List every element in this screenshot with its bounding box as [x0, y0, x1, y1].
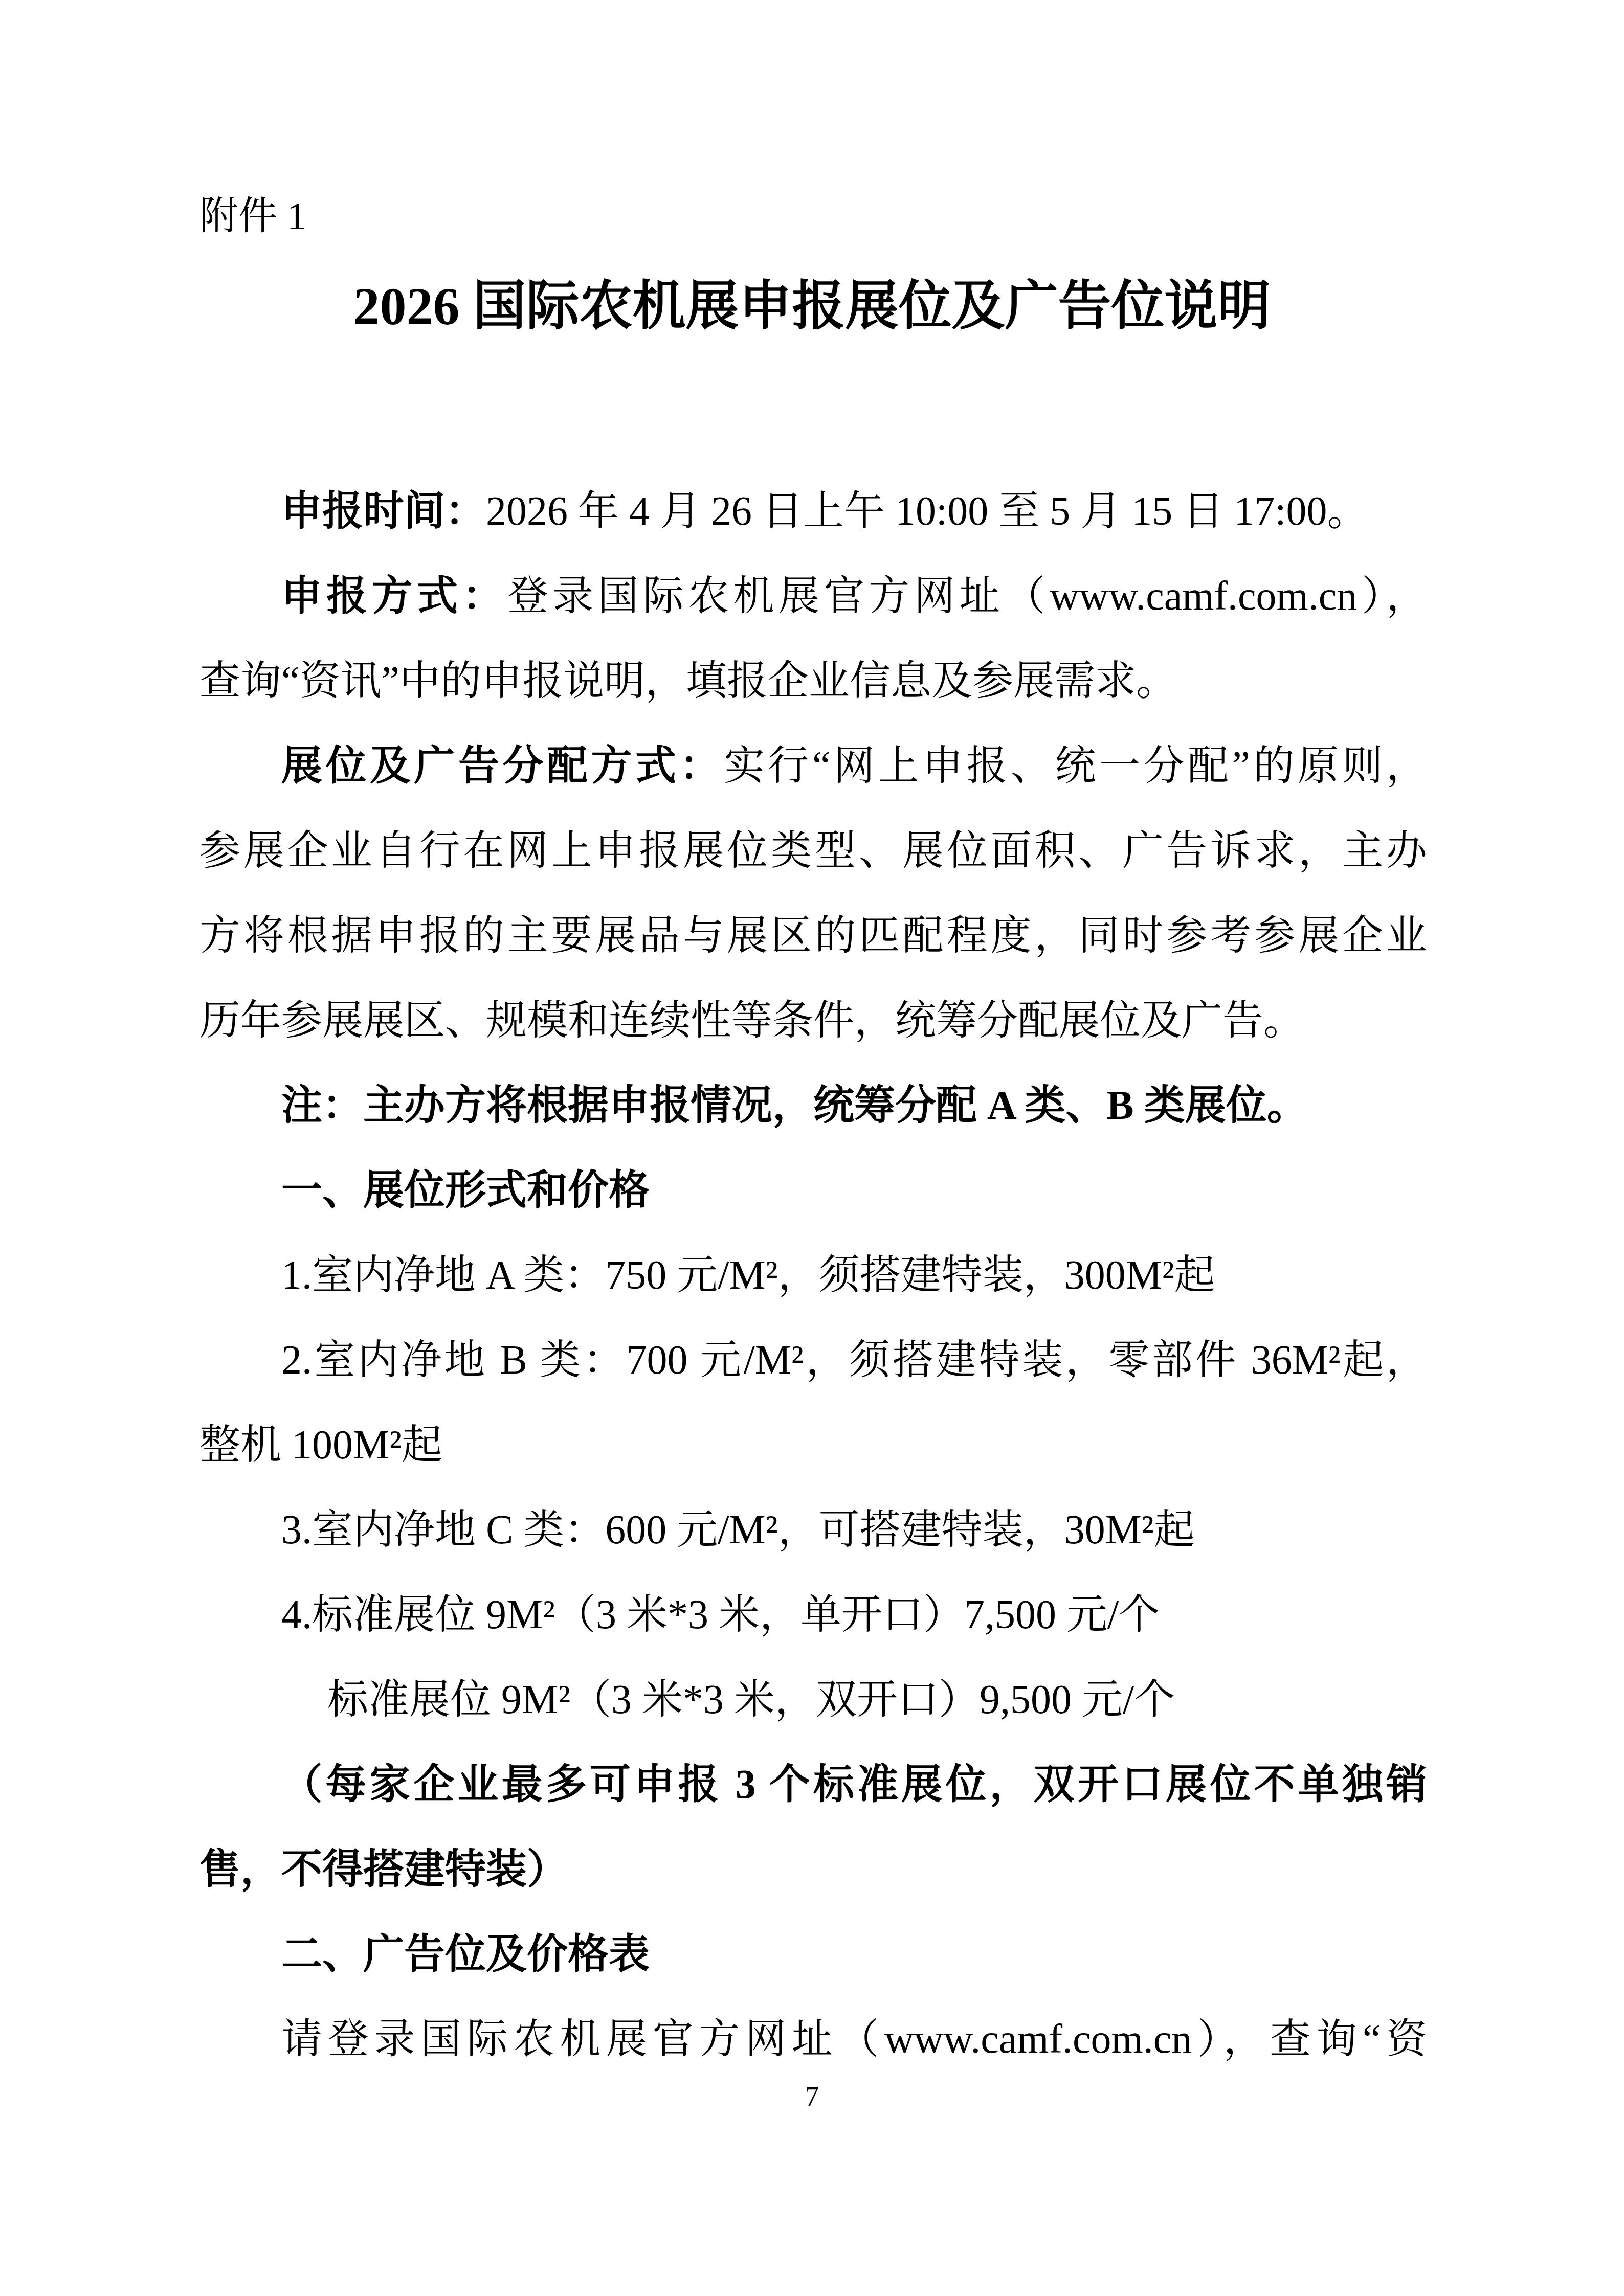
line-text: 2.室内净地 B 类：700 元/M²，须搭建特装，零部件 36M²起， — [281, 1338, 1427, 1383]
paragraph-line: 参展企业自行在网上申报展位类型、展位面积、广告诉求，主办 — [199, 808, 1427, 893]
list-item-class-c: 3.室内净地 C 类：600 元/M²，可搭建特装，30M²起 — [199, 1488, 1427, 1572]
page-title: 2026 国际农机展申报展位及广告位说明 — [0, 274, 1624, 340]
paragraph-line: 售，不得搭建特装） — [199, 1827, 1427, 1912]
line-text: 方将根据申报的主要展品与展区的匹配程度，同时参考参展企业 — [199, 913, 1427, 958]
line-bold-text: 注：主办方将根据申报情况，统筹分配 A 类、B 类展位。 — [281, 1083, 1308, 1128]
document-body: 申报时间：2026 年 4 月 26 日上午 10:00 至 5 月 15 日 … — [199, 469, 1427, 2082]
paragraph-line: 请登录国际农机展官方网址（www.camf.com.cn），查询“资 — [199, 1997, 1427, 2082]
paragraph-line-application-method: 申报方式：登录国际农机展官方网址（www.camf.com.cn）， — [199, 554, 1427, 639]
line-text: 4.标准展位 9M²（3 米*3 米，单开口）7,500 元/个 — [281, 1592, 1160, 1637]
list-item-standard-booth-single: 4.标准展位 9M²（3 米*3 米，单开口）7,500 元/个 — [199, 1572, 1427, 1657]
line-text: 请登录国际农机展官方网址（www.camf.com.cn），查询“资 — [281, 2017, 1427, 2062]
line-text: 整机 100M²起 — [199, 1423, 442, 1468]
paragraph-line-application-time: 申报时间：2026 年 4 月 26 日上午 10:00 至 5 月 15 日 … — [199, 469, 1427, 554]
line-text: 登录国际农机展官方网址（www.camf.com.cn）， — [507, 574, 1427, 619]
list-item-class-b: 2.室内净地 B 类：700 元/M²，须搭建特装，零部件 36M²起， — [199, 1318, 1427, 1403]
line-bold-text: 一、展位形式和价格 — [281, 1168, 650, 1213]
line-bold-text: 售，不得搭建特装） — [199, 1847, 568, 1892]
paragraph-line-note: 注：主办方将根据申报情况，统筹分配 A 类、B 类展位。 — [199, 1063, 1427, 1148]
line-text: 查询“资讯”中的申报说明，填报企业信息及参展需求。 — [199, 659, 1177, 704]
line-text: 历年参展展区、规模和连续性等条件，统筹分配展位及广告。 — [199, 998, 1304, 1043]
attachment-label: 附件 1 — [199, 193, 306, 240]
page-number: 7 — [0, 2080, 1624, 2113]
list-item-class-a: 1.室内净地 A 类：750 元/M²，须搭建特装，300M²起 — [199, 1233, 1427, 1318]
line-text: 参展企业自行在网上申报展位类型、展位面积、广告诉求，主办 — [199, 828, 1427, 873]
line-bold-label: 申报方式： — [281, 574, 507, 619]
line-bold-label: 展位及广告分配方式： — [281, 744, 724, 789]
document-page: 附件 1 2026 国际农机展申报展位及广告位说明 申报时间：2026 年 4 … — [0, 0, 1624, 2296]
line-bold-text: （每家企业最多可申报 3 个标准展位，双开口展位不单独销 — [281, 1762, 1427, 1807]
line-bold-text: 二、广告位及价格表 — [281, 1932, 650, 1977]
paragraph-line: 历年参展展区、规模和连续性等条件，统筹分配展位及广告。 — [199, 978, 1427, 1063]
line-text: 1.室内净地 A 类：750 元/M²，须搭建特装，300M²起 — [281, 1253, 1215, 1298]
paragraph-line: 整机 100M²起 — [199, 1403, 1427, 1488]
line-text: 3.室内净地 C 类：600 元/M²，可搭建特装，30M²起 — [281, 1507, 1195, 1552]
paragraph-line-booth-limit: （每家企业最多可申报 3 个标准展位，双开口展位不单独销 — [199, 1742, 1427, 1827]
line-text: 标准展位 9M²（3 米*3 米，双开口）9,500 元/个 — [327, 1677, 1175, 1722]
line-text: 实行“网上申报、统一分配”的原则， — [724, 744, 1427, 789]
paragraph-line: 查询“资讯”中的申报说明，填报企业信息及参展需求。 — [199, 639, 1427, 724]
section-heading-booth-pricing: 一、展位形式和价格 — [199, 1148, 1427, 1233]
paragraph-line-allocation-method: 展位及广告分配方式：实行“网上申报、统一分配”的原则， — [199, 724, 1427, 808]
list-item-standard-booth-double: 标准展位 9M²（3 米*3 米，双开口）9,500 元/个 — [199, 1657, 1427, 1742]
paragraph-line: 方将根据申报的主要展品与展区的匹配程度，同时参考参展企业 — [199, 893, 1427, 978]
line-bold-label: 申报时间： — [281, 489, 486, 534]
line-text: 2026 年 4 月 26 日上午 10:00 至 5 月 15 日 17:00… — [486, 489, 1368, 534]
section-heading-ad-pricing: 二、广告位及价格表 — [199, 1912, 1427, 1997]
